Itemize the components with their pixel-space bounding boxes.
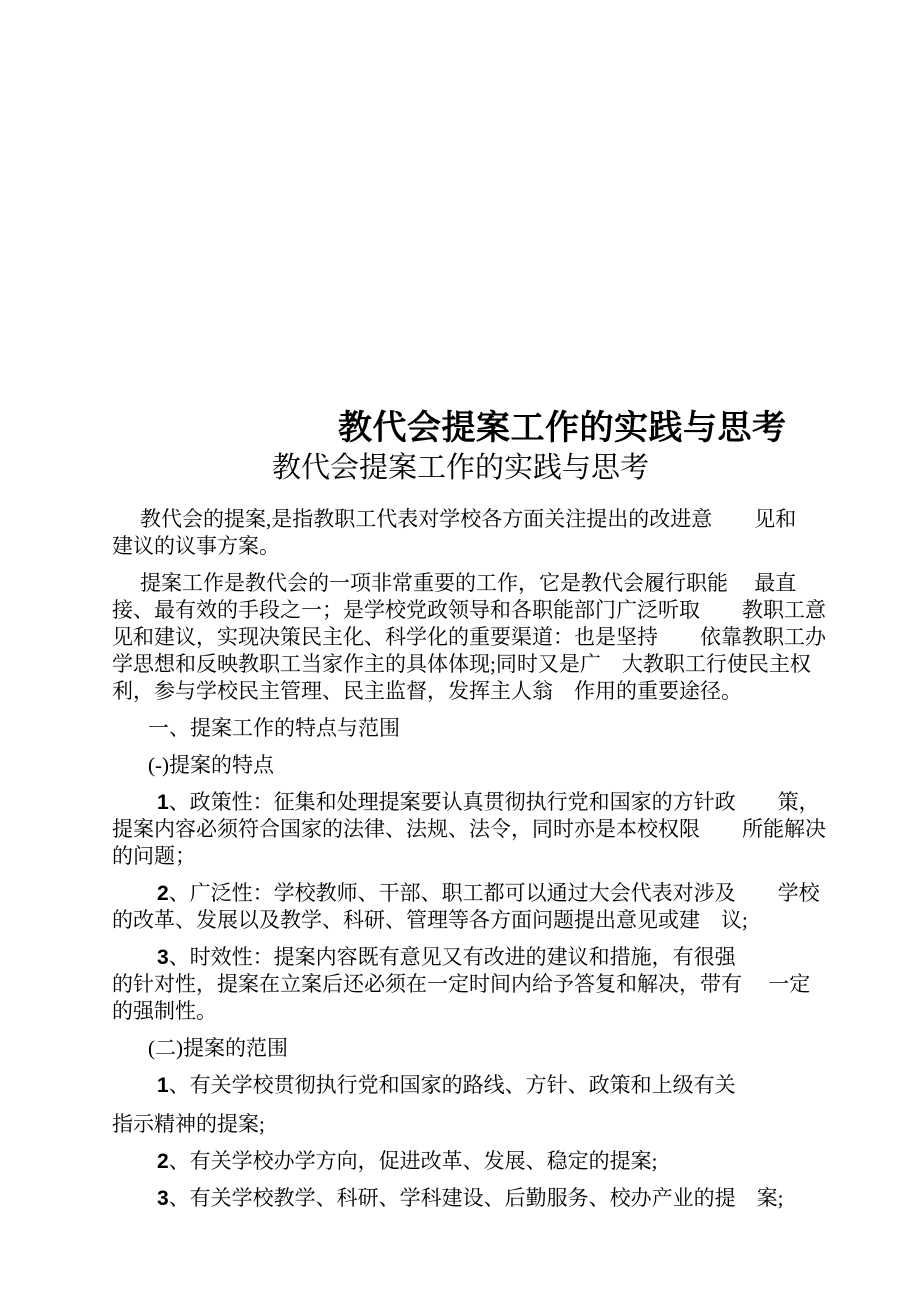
text-line: 3、时效性：提案内容既有意见又有改进的建议和措施，有很强 <box>112 944 820 971</box>
text-line: 教代会的提案,是指教职工代表对学校各方面关注提出的改进意 见和 <box>112 506 820 533</box>
list-item-feature-2: 2、广泛性：学校教师、干部、职工都可以通过大会代表对涉及 学校 的改革、发展以及… <box>112 880 820 934</box>
text-line: 的强制性。 <box>112 998 820 1025</box>
document-body: 教代会的提案,是指教职工代表对学校各方面关注提出的改进意 见和 建议的议事方案。… <box>112 506 820 1212</box>
text-line: 见和建议，实现决策民主化、科学化的重要渠道：也是坚持 依靠教职工办 <box>112 624 820 651</box>
text-line: 的改革、发展以及教学、科研、管理等各方面问题提出意见或建 议; <box>112 907 820 934</box>
item-text: 、有关学校办学方向，促进改革、发展、稳定的提案; <box>169 1149 658 1173</box>
text-line: 接、最有效的手段之一；是学校党政领导和各职能部门广泛听取 教职工意 <box>112 597 820 624</box>
section1-heading: 一、提案工作的特点与范围 <box>112 715 820 742</box>
list-item-feature-1: 1、政策性：征集和处理提案要认真贯彻执行党和国家的方针政 策， 提案内容必须符合… <box>112 789 820 870</box>
list-item-scope-2: 2、有关学校办学方向，促进改革、发展、稳定的提案; <box>112 1148 820 1175</box>
subsection-heading-features: (-)提案的特点 <box>112 752 820 779</box>
text-line: 提案内容必须符合国家的法律、法规、法令，同时亦是本校权限 所能解决 <box>112 816 820 843</box>
item-text: 、政策性：征集和处理提案要认真贯彻执行党和国家的方针政 策， <box>169 790 820 814</box>
text-line: 的针对性，提案在立案后还必须在一定时间内给予答复和解决，带有 一定 <box>112 971 820 998</box>
text-line: 指示精神的提案; <box>112 1111 820 1138</box>
top-margin-spacer <box>112 0 820 406</box>
list-item-feature-3: 3、时效性：提案内容既有意见又有改进的建议和措施，有很强 的针对性，提案在立案后… <box>112 944 820 1025</box>
item-number: 2 <box>157 882 169 905</box>
list-item-scope-1: 1、有关学校贯彻执行党和国家的路线、方针、政策和上级有关 指示精神的提案; <box>112 1072 820 1138</box>
item-number: 1 <box>157 791 169 814</box>
item-number: 2 <box>157 1150 169 1173</box>
text-line: 1、政策性：征集和处理提案要认真贯彻执行党和国家的方针政 策， <box>112 789 820 816</box>
paragraph-overview: 提案工作是教代会的一项非常重要的工作，它是教代会履行职能 最直 接、最有效的手段… <box>112 570 820 705</box>
document-page: 教代会提案工作的实践与思考 教代会提案工作的实践与思考 教代会的提案,是指教职工… <box>0 0 920 1301</box>
document-sub-title: 教代会提案工作的实践与思考 <box>272 452 820 485</box>
document-main-title: 教代会提案工作的实践与思考 <box>338 406 820 452</box>
text-line: 2、广泛性：学校教师、干部、职工都可以通过大会代表对涉及 学校 <box>112 880 820 907</box>
text-line: 提案工作是教代会的一项非常重要的工作，它是教代会履行职能 最直 <box>112 570 820 597</box>
item-number: 3 <box>157 946 169 969</box>
text-line: 建议的议事方案。 <box>112 533 820 560</box>
item-text: 、时效性：提案内容既有意见又有改进的建议和措施，有很强 <box>169 945 736 969</box>
heading-line: (-)提案的特点 <box>112 752 820 779</box>
heading-line: 一、提案工作的特点与范围 <box>112 715 820 742</box>
text-line: 学思想和反映教职工当家作主的具体体现;同时又是广 大教职工行使民主权 <box>112 651 820 678</box>
text-line: 2、有关学校办学方向，促进改革、发展、稳定的提案; <box>112 1148 820 1175</box>
item-number: 1 <box>157 1074 169 1097</box>
text-line: 利，参与学校民主管理、民主监督，发挥主人翁 作用的重要途径。 <box>112 678 820 705</box>
item-text: 、广泛性：学校教师、干部、职工都可以通过大会代表对涉及 学校 <box>169 881 820 905</box>
text-line: 3、有关学校教学、科研、学科建设、后勤服务、校办产业的提 案; <box>112 1185 820 1212</box>
subsection-heading-scope: (二)提案的范围 <box>112 1035 820 1062</box>
item-text: 、有关学校教学、科研、学科建设、后勤服务、校办产业的提 案; <box>169 1186 784 1210</box>
heading-line: (二)提案的范围 <box>112 1035 820 1062</box>
item-text: 、有关学校贯彻执行党和国家的路线、方针、政策和上级有关 <box>169 1073 736 1097</box>
paragraph-intro: 教代会的提案,是指教职工代表对学校各方面关注提出的改进意 见和 建议的议事方案。 <box>112 506 820 560</box>
text-line: 的问题； <box>112 843 820 870</box>
item-number: 3 <box>157 1187 169 1210</box>
list-item-scope-3: 3、有关学校教学、科研、学科建设、后勤服务、校办产业的提 案; <box>112 1185 820 1212</box>
text-line: 1、有关学校贯彻执行党和国家的路线、方针、政策和上级有关 <box>112 1072 820 1099</box>
